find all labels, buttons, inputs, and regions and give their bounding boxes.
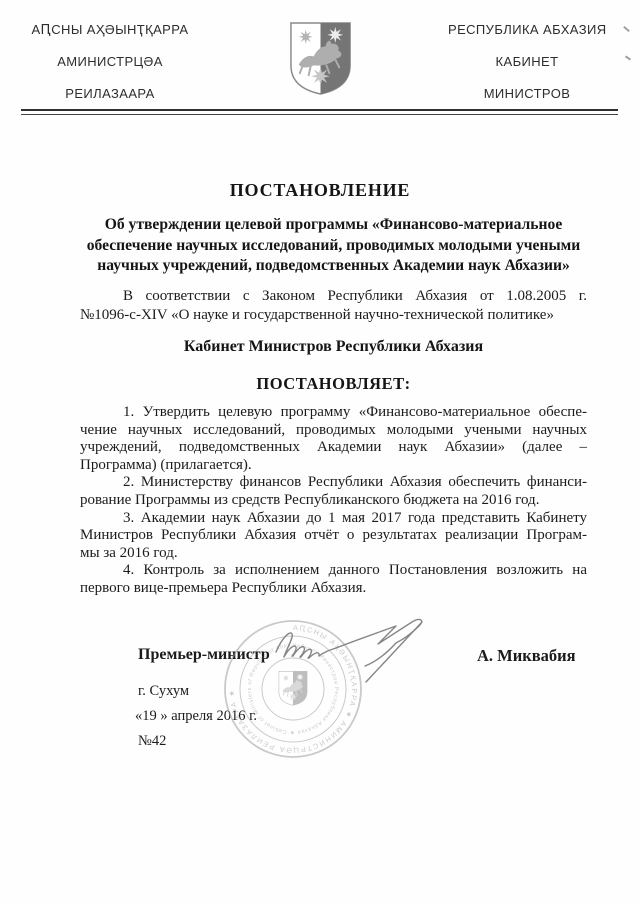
text-line: мы за 2016 год. [80,545,587,563]
signature-scribble-icon [226,608,451,686]
letterhead-russian-block: РЕСПУБЛИКА АБХАЗИЯ КАБИНЕТ МИНИСТРОВ [448,22,606,118]
decree-item-1: 1. Утвердить целевую программу «Финансов… [80,404,587,474]
document-subject: Об утверждении целевой программы «Финанс… [80,215,587,277]
text-line: чение научных исследований, проводимых м… [80,422,587,440]
text-line: В соответствии с Законом Республики Абха… [80,287,587,306]
text-line: 4. Контроль за исполнением данного Поста… [80,562,587,580]
text-line: 1. Утвердить целевую программу «Финансов… [80,404,587,422]
text-line: рование Программы из средств Республикан… [80,492,587,510]
signatory-name: А. Миквабия [477,646,576,666]
subject-line: научных учреждений, подведомственных Ака… [80,256,587,277]
text-line: №1096-с-XIV «О науке и государственной н… [80,306,587,325]
letterhead-line: РЕСПУБЛИКА АБХАЗИЯ [448,22,606,36]
letterhead-line: РЕИЛАЗААРА [28,86,192,100]
letterhead-line: АԤСНЫ АҲӘЫНҬҚАРРА [28,22,192,36]
subject-line: Об утверждении целевой программы «Финанс… [80,215,587,236]
text-line: Министров Республики Абхазия отчёт о рез… [80,527,587,545]
decree-items: 1. Утвердить целевую программу «Финансов… [80,404,587,598]
text-line: Программа) (прилагается). [80,457,587,475]
subject-line: обеспечение научных исследований, провод… [80,236,587,257]
letterhead-line: МИНИСТРОВ [448,86,606,100]
text-line: учреждений, подведомственных Академии на… [80,439,587,457]
text-line: первого вице-премьера Республики Абхазия… [80,580,587,598]
signature-city: г. Сухум [138,683,189,700]
document-number: №42 [138,733,166,750]
header-divider [21,109,618,115]
issuer-line: Кабинет Министров Республики Абхазия [80,338,587,356]
letterhead-line: АМИНИСТРЦӘА [28,54,192,68]
letterhead-abkhaz-block: АԤСНЫ АҲӘЫНҬҚАРРА АМИНИСТРЦӘА РЕИЛАЗААРА [28,22,192,118]
intro-paragraph: В соответствии с Законом Республики Абха… [80,287,587,325]
document-title: ПОСТАНОВЛЕНИЕ [0,180,640,201]
decree-item-4: 4. Контроль за исполнением данного Поста… [80,562,587,597]
scan-artifact [625,55,631,60]
text-line: 3. Академии наук Абхазии до 1 мая 2017 г… [80,510,587,528]
decree-item-2: 2. Министерству финансов Республики Абха… [80,474,587,509]
coat-of-arms-icon [287,20,354,97]
document-page: АԤСНЫ АҲӘЫНҬҚАРРА АМИНИСТРЦӘА РЕИЛАЗААРА… [0,0,640,905]
text-line: 2. Министерству финансов Республики Абха… [80,474,587,492]
decree-item-3: 3. Академии наук Абхазии до 1 мая 2017 г… [80,510,587,563]
letterhead-line: КАБИНЕТ [448,54,606,68]
resolve-line: ПОСТАНОВЛЯЕТ: [80,374,587,394]
scan-artifact [623,26,630,32]
